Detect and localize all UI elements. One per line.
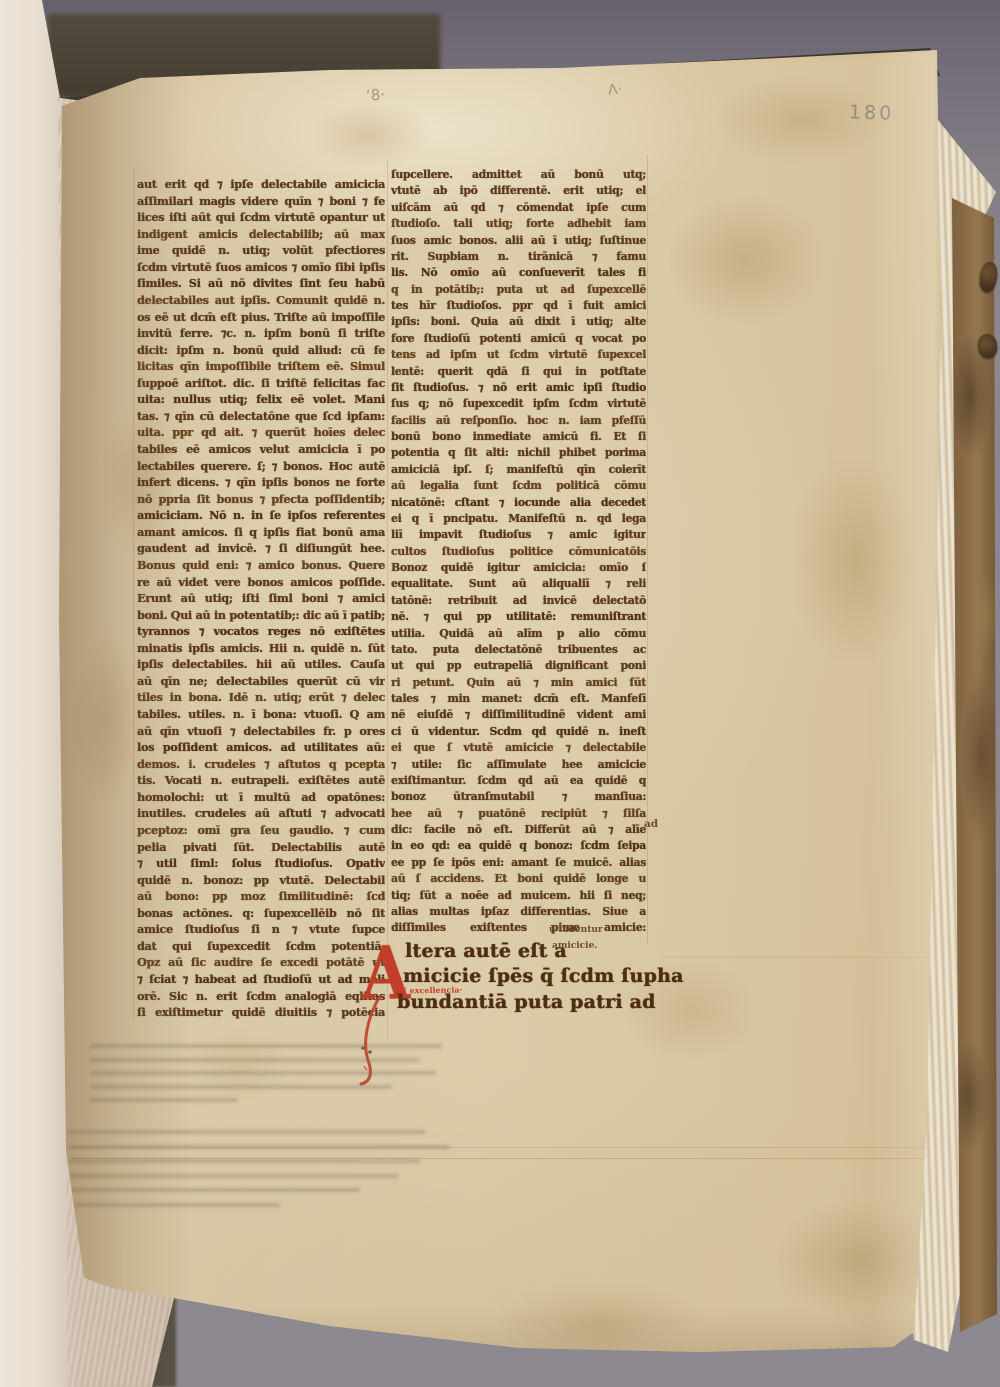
- page-edge-shading: [0, 0, 1000, 1387]
- manuscript-page: ‘8· Λ· 180 aut erit qd ⁊ ipſe delectabil…: [0, 0, 1000, 1387]
- manuscript-photo: ‘8· Λ· 180 aut erit qd ⁊ ipſe delectabil…: [0, 0, 1000, 1387]
- clasp-remnant-icon: [977, 333, 998, 359]
